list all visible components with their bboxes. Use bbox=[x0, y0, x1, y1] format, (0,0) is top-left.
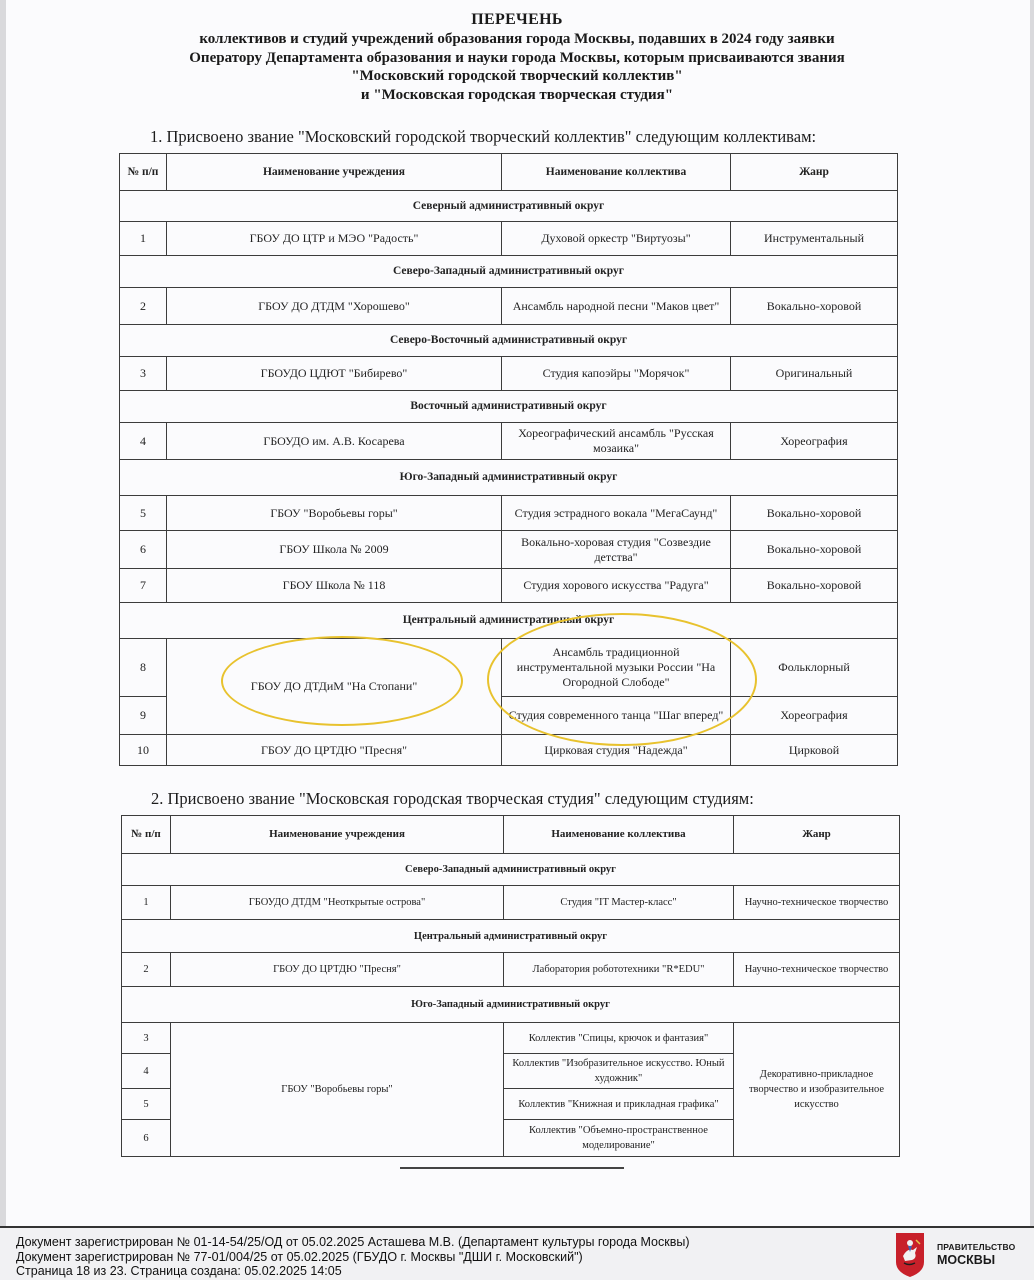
table-row: 2 ГБОУ ДО ДТДМ "Хорошево" Ансамбль народ… bbox=[120, 288, 898, 325]
row-genre: Оригинальный bbox=[731, 357, 898, 391]
row-collective: Студия "IT Мастер-класс" bbox=[504, 886, 734, 920]
logo-line-2: МОСКВЫ bbox=[937, 1253, 1015, 1267]
district-row: Северо-Восточный административный округ bbox=[120, 325, 898, 357]
row-institution: ГБОУДО ДТДМ "Неоткрытые острова" bbox=[171, 886, 504, 920]
row-num: 3 bbox=[122, 1023, 171, 1054]
header-collective: Наименование коллектива bbox=[504, 816, 734, 854]
row-num: 4 bbox=[120, 423, 167, 460]
registration-footer: Документ зарегистрирован № 01-14-54/25/О… bbox=[0, 1226, 1034, 1280]
row-genre: Хореография bbox=[731, 697, 898, 735]
row-genre: Вокально-хоровой bbox=[731, 569, 898, 603]
table-row: 8 ГБОУ ДО ДТДиМ "На Стопани" Ансамбль тр… bbox=[120, 639, 898, 697]
district-southwest: Юго-Западный административный округ bbox=[122, 987, 900, 1023]
header-institution: Наименование учреждения bbox=[167, 154, 502, 191]
subtitle-line-4: и "Московская городская творческая студи… bbox=[0, 86, 1034, 105]
collectives-table: № п/п Наименование учреждения Наименован… bbox=[119, 153, 898, 766]
end-of-list-line bbox=[400, 1167, 624, 1169]
district-northwest: Северо-Западный административный округ bbox=[122, 854, 900, 886]
row-num: 2 bbox=[122, 953, 171, 987]
row-num: 9 bbox=[120, 697, 167, 735]
section-2-heading: 2. Присвоено звание "Московская городска… bbox=[151, 789, 754, 809]
row-genre: Хореография bbox=[731, 423, 898, 460]
government-logo-text: ПРАВИТЕЛЬСТВО МОСКВЫ bbox=[937, 1242, 1015, 1267]
row-genre: Вокально-хоровой bbox=[731, 288, 898, 325]
subtitle-line-3: "Московский городской творческий коллект… bbox=[0, 67, 1034, 86]
table-header-row: № п/п Наименование учреждения Наименован… bbox=[122, 816, 900, 854]
row-genre: Декоративно-прикладное творчество и изоб… bbox=[734, 1023, 900, 1157]
row-genre: Научно-техническое творчество bbox=[734, 886, 900, 920]
registration-line-1: Документ зарегистрирован № 01-14-54/25/О… bbox=[16, 1235, 690, 1250]
table-row: 6 ГБОУ Школа № 2009 Вокально-хоровая сту… bbox=[120, 531, 898, 569]
header-genre: Жанр bbox=[734, 816, 900, 854]
district-row: Северо-Западный административный округ bbox=[120, 256, 898, 288]
row-institution: ГБОУ ДО ДТДиМ "На Стопани" bbox=[167, 639, 502, 735]
row-genre: Цирковой bbox=[731, 735, 898, 766]
row-collective: Ансамбль народной песни "Маков цвет" bbox=[502, 288, 731, 325]
table-row: 2 ГБОУ ДО ЦРТДЮ "Пресня" Лаборатория роб… bbox=[122, 953, 900, 987]
table-row: 3 ГБОУДО ЦДЮТ "Бибирево" Студия капоэйры… bbox=[120, 357, 898, 391]
row-collective: Студия современного танца "Шаг вперед" bbox=[502, 697, 731, 735]
row-collective: Коллектив "Объемно-пространственное моде… bbox=[504, 1120, 734, 1157]
district-central: Центральный административный округ bbox=[122, 920, 900, 953]
row-institution: ГБОУДО ЦДЮТ "Бибирево" bbox=[167, 357, 502, 391]
row-collective: Лаборатория робототехники "R*EDU" bbox=[504, 953, 734, 987]
table-row: 1 ГБОУДО ДТДМ "Неоткрытые острова" Студи… bbox=[122, 886, 900, 920]
row-collective: Студия эстрадного вокала "МегаСаунд" bbox=[502, 496, 731, 531]
row-institution: ГБОУ Школа № 2009 bbox=[167, 531, 502, 569]
row-collective: Коллектив "Книжная и прикладная графика" bbox=[504, 1089, 734, 1120]
registration-line-2: Документ зарегистрирован № 77-01/004/25 … bbox=[16, 1250, 690, 1265]
row-collective: Ансамбль традиционной инструментальной м… bbox=[502, 639, 731, 697]
table-row: 5 ГБОУ "Воробьевы горы" Студия эстрадног… bbox=[120, 496, 898, 531]
district-north: Северный административный округ bbox=[120, 191, 898, 222]
logo-line-1: ПРАВИТЕЛЬСТВО bbox=[937, 1242, 1015, 1252]
row-num: 6 bbox=[122, 1120, 171, 1157]
district-row: Восточный административный округ bbox=[120, 391, 898, 423]
district-row: Северо-Западный административный округ bbox=[122, 854, 900, 886]
row-collective: Хореографический ансамбль "Русская мозаи… bbox=[502, 423, 731, 460]
table-row: 7 ГБОУ Школа № 118 Студия хорового искус… bbox=[120, 569, 898, 603]
row-institution: ГБОУ ДО ЦРТДЮ "Пресня" bbox=[167, 735, 502, 766]
row-collective: Духовой оркестр "Виртуозы" bbox=[502, 222, 731, 256]
table-header-row: № п/п Наименование учреждения Наименован… bbox=[120, 154, 898, 191]
row-collective: Коллектив "Изобразительное искусство. Юн… bbox=[504, 1054, 734, 1089]
row-collective: Студия хорового искусства "Радуга" bbox=[502, 569, 731, 603]
row-num: 1 bbox=[120, 222, 167, 256]
row-collective: Коллектив "Спицы, крючок и фантазия" bbox=[504, 1023, 734, 1054]
header-genre: Жанр bbox=[731, 154, 898, 191]
document-title-block: ПЕРЕЧЕНЬ коллективов и студий учреждений… bbox=[0, 10, 1034, 104]
row-num: 5 bbox=[120, 496, 167, 531]
moscow-coat-of-arms-icon bbox=[895, 1232, 925, 1278]
row-genre: Вокально-хоровой bbox=[731, 496, 898, 531]
district-row: Центральный административный округ bbox=[122, 920, 900, 953]
row-collective: Вокально-хоровая студия "Созвездие детст… bbox=[502, 531, 731, 569]
row-num: 3 bbox=[120, 357, 167, 391]
page-info-line: Страница 18 из 23. Страница создана: 05.… bbox=[16, 1264, 690, 1279]
row-institution: ГБОУ "Воробьевы горы" bbox=[171, 1023, 504, 1157]
district-row: Центральный административный округ bbox=[120, 603, 898, 639]
row-genre: Вокально-хоровой bbox=[731, 531, 898, 569]
row-institution: ГБОУ Школа № 118 bbox=[167, 569, 502, 603]
header-num: № п/п bbox=[120, 154, 167, 191]
district-east: Восточный административный округ bbox=[120, 391, 898, 423]
table-row: 3 ГБОУ "Воробьевы горы" Коллектив "Спицы… bbox=[122, 1023, 900, 1054]
row-num: 6 bbox=[120, 531, 167, 569]
district-row: Северный административный округ bbox=[120, 191, 898, 222]
row-num: 5 bbox=[122, 1089, 171, 1120]
district-central: Центральный административный округ bbox=[120, 603, 898, 639]
row-num: 7 bbox=[120, 569, 167, 603]
studios-table: № п/п Наименование учреждения Наименован… bbox=[121, 815, 900, 1157]
row-num: 4 bbox=[122, 1054, 171, 1089]
district-row: Юго-Западный административный округ bbox=[122, 987, 900, 1023]
header-collective: Наименование коллектива bbox=[502, 154, 731, 191]
row-institution: ГБОУ "Воробьевы горы" bbox=[167, 496, 502, 531]
district-northeast: Северо-Восточный административный округ bbox=[120, 325, 898, 357]
row-collective: Цирковая студия "Надежда" bbox=[502, 735, 731, 766]
table-row: 4 ГБОУДО им. А.В. Косарева Хореографичес… bbox=[120, 423, 898, 460]
row-num: 1 bbox=[122, 886, 171, 920]
row-institution: ГБОУ ДО ЦТР и МЭО "Радость" bbox=[167, 222, 502, 256]
table-row: 10 ГБОУ ДО ЦРТДЮ "Пресня" Цирковая студи… bbox=[120, 735, 898, 766]
row-genre: Фольклорный bbox=[731, 639, 898, 697]
section-1-heading: 1. Присвоено звание "Московский городско… bbox=[150, 127, 816, 147]
row-num: 2 bbox=[120, 288, 167, 325]
row-genre: Инструментальный bbox=[731, 222, 898, 256]
table-row: 1 ГБОУ ДО ЦТР и МЭО "Радость" Духовой ор… bbox=[120, 222, 898, 256]
header-num: № п/п bbox=[122, 816, 171, 854]
district-southwest: Юго-Западный административный округ bbox=[120, 460, 898, 496]
document-title: ПЕРЕЧЕНЬ bbox=[0, 10, 1034, 30]
subtitle-line-1: коллективов и студий учреждений образова… bbox=[0, 30, 1034, 49]
header-institution: Наименование учреждения bbox=[171, 816, 504, 854]
subtitle-line-2: Оператору Департамента образования и нау… bbox=[0, 49, 1034, 68]
row-num: 8 bbox=[120, 639, 167, 697]
district-row: Юго-Западный административный округ bbox=[120, 460, 898, 496]
registration-info: Документ зарегистрирован № 01-14-54/25/О… bbox=[16, 1235, 690, 1279]
row-num: 10 bbox=[120, 735, 167, 766]
row-institution: ГБОУДО им. А.В. Косарева bbox=[167, 423, 502, 460]
row-collective: Студия капоэйры "Морячок" bbox=[502, 357, 731, 391]
district-northwest: Северо-Западный административный округ bbox=[120, 256, 898, 288]
row-genre: Научно-техническое творчество bbox=[734, 953, 900, 987]
row-institution: ГБОУ ДО ДТДМ "Хорошево" bbox=[167, 288, 502, 325]
row-institution: ГБОУ ДО ЦРТДЮ "Пресня" bbox=[171, 953, 504, 987]
